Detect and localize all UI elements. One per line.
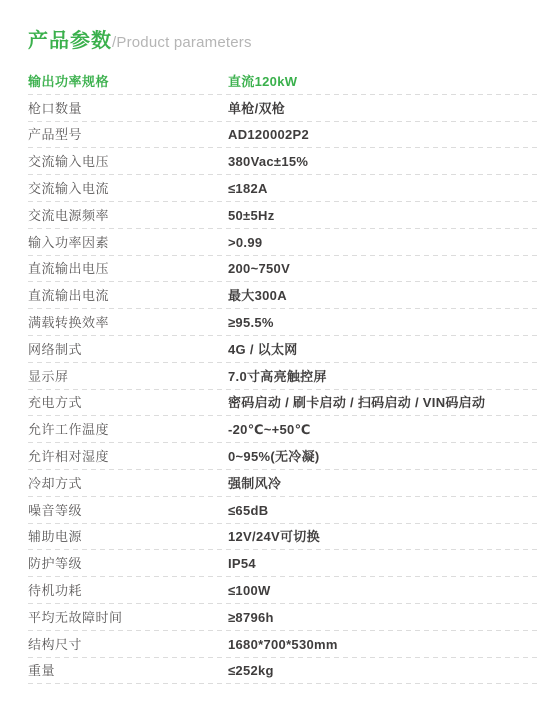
- page-title: 产品参数/Product parameters: [28, 24, 539, 53]
- product-parameters-page: 产品参数/Product parameters 输出功率规格直流120kW枪口数…: [0, 0, 539, 702]
- table-row: 满载转换效率≥95.5%: [28, 309, 539, 336]
- param-value: IP54: [228, 557, 539, 570]
- param-value: 50±5Hz: [228, 209, 539, 222]
- param-value: 单枪/双枪: [228, 102, 539, 115]
- table-row: 冷却方式强制风冷: [28, 470, 539, 497]
- param-label: 充电方式: [28, 396, 228, 409]
- table-row: 噪音等级≤65dB: [28, 497, 539, 524]
- param-value: 12V/24V可切换: [228, 530, 539, 543]
- param-value: 0~95%(无冷凝): [228, 450, 539, 463]
- table-row: 重量≤252kg: [28, 658, 539, 685]
- table-row: 交流电源频率50±5Hz: [28, 202, 539, 229]
- param-label: 冷却方式: [28, 477, 228, 490]
- param-label: 待机功耗: [28, 584, 228, 597]
- table-row: 显示屏7.0寸高亮触控屏: [28, 363, 539, 390]
- param-label: 允许工作温度: [28, 423, 228, 436]
- param-label: 直流输出电压: [28, 262, 228, 275]
- table-row: 交流输入电压380Vac±15%: [28, 148, 539, 175]
- table-row: 充电方式密码启动 / 刷卡启动 / 扫码启动 / VIN码启动: [28, 390, 539, 417]
- table-row: 平均无故障时间≥8796h: [28, 604, 539, 631]
- param-label: 辅助电源: [28, 530, 228, 543]
- param-value: ≤100W: [228, 584, 539, 597]
- param-value: ≥8796h: [228, 611, 539, 624]
- table-row: 待机功耗≤100W: [28, 577, 539, 604]
- table-row: 直流输出电压200~750V: [28, 256, 539, 283]
- page-title-english: /Product parameters: [112, 34, 252, 51]
- param-value: ≤182A: [228, 182, 539, 195]
- param-label: 交流输入电压: [28, 155, 228, 168]
- param-value: 7.0寸高亮触控屏: [228, 370, 539, 383]
- param-value: ≤65dB: [228, 504, 539, 517]
- param-label: 直流输出电流: [28, 289, 228, 302]
- param-value: 强制风冷: [228, 477, 539, 490]
- param-value: ≥95.5%: [228, 316, 539, 329]
- param-value: 密码启动 / 刷卡启动 / 扫码启动 / VIN码启动: [228, 396, 539, 409]
- param-value: 1680*700*530mm: [228, 638, 539, 651]
- param-label: 产品型号: [28, 128, 228, 141]
- param-value: 380Vac±15%: [228, 155, 539, 168]
- param-value: 最大300A: [228, 289, 539, 302]
- param-label: 重量: [28, 664, 228, 677]
- param-label: 满载转换效率: [28, 316, 228, 329]
- param-label: 防护等级: [28, 557, 228, 570]
- param-label: 允许相对湿度: [28, 450, 228, 463]
- param-label: 平均无故障时间: [28, 611, 228, 624]
- param-value: ≤252kg: [228, 664, 539, 677]
- table-row: 辅助电源12V/24V可切换: [28, 524, 539, 551]
- table-row: 直流输出电流最大300A: [28, 282, 539, 309]
- param-label: 输出功率规格: [28, 75, 228, 88]
- table-row: 允许工作温度-20℃~+50℃: [28, 416, 539, 443]
- param-value: 200~750V: [228, 262, 539, 275]
- param-value: AD120002P2: [228, 128, 539, 141]
- table-row: 输入功率因素>0.99: [28, 229, 539, 256]
- param-label: 交流输入电流: [28, 182, 228, 195]
- table-row: 防护等级IP54: [28, 550, 539, 577]
- page-title-chinese: 产品参数: [28, 24, 112, 53]
- table-row: 枪口数量单枪/双枪: [28, 95, 539, 122]
- param-value: >0.99: [228, 236, 539, 249]
- param-label: 显示屏: [28, 370, 228, 383]
- param-label: 输入功率因素: [28, 236, 228, 249]
- param-label: 枪口数量: [28, 102, 228, 115]
- param-label: 交流电源频率: [28, 209, 228, 222]
- table-row: 允许相对湿度0~95%(无冷凝): [28, 443, 539, 470]
- table-row: 网络制式4G / 以太网: [28, 336, 539, 363]
- table-row: 交流输入电流≤182A: [28, 175, 539, 202]
- param-label: 网络制式: [28, 343, 228, 356]
- table-row: 产品型号AD120002P2: [28, 122, 539, 149]
- param-label: 结构尺寸: [28, 638, 228, 651]
- param-value: 4G / 以太网: [228, 343, 539, 356]
- parameters-table: 输出功率规格直流120kW枪口数量单枪/双枪产品型号AD120002P2交流输入…: [28, 68, 539, 684]
- table-row: 结构尺寸1680*700*530mm: [28, 631, 539, 658]
- param-value: -20℃~+50℃: [228, 423, 539, 436]
- table-row: 输出功率规格直流120kW: [28, 68, 539, 95]
- param-label: 噪音等级: [28, 504, 228, 517]
- param-value: 直流120kW: [228, 75, 539, 88]
